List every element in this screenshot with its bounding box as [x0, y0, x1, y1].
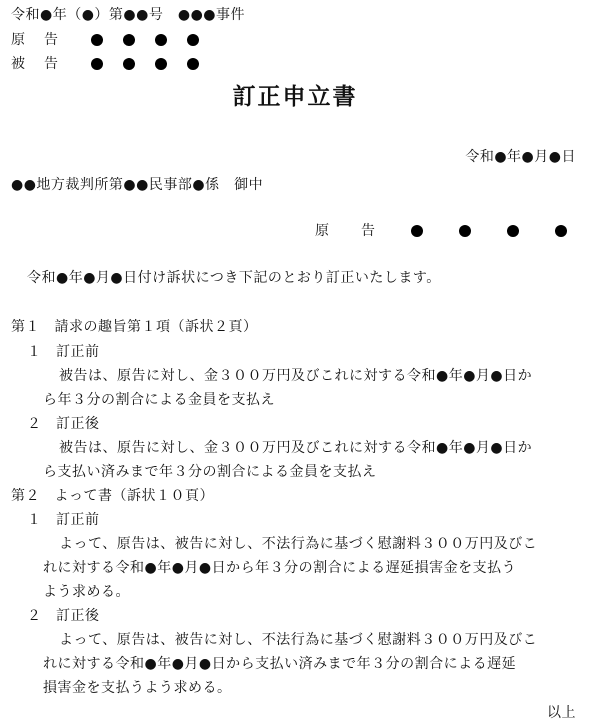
- intro-paragraph: 令和●年●月●日付け訴状につき下記のとおり訂正いたします。: [27, 271, 441, 285]
- redaction-dot: [123, 58, 135, 70]
- redaction-dot: [123, 34, 135, 46]
- item-text-line: ら年３分の割合による金員を支払え: [43, 393, 275, 407]
- item-text-line: ら支払い済みまで年３分の割合による金員を支払え: [43, 465, 377, 479]
- item-label-after: ２ 訂正後: [27, 609, 100, 623]
- item-text-line: よって、原告は、被告に対し、不法行為に基づく慰謝料３００万円及びこ: [59, 537, 537, 551]
- document-title: 訂正申立書: [0, 86, 590, 109]
- redaction-dot: [187, 34, 199, 46]
- signer-label-char-1: 原: [315, 224, 329, 238]
- item-text-line: 被告は、原告に対し、金３００万円及びこれに対する令和●年●月●日か: [59, 369, 532, 383]
- item-text-line: よう求める。: [43, 585, 130, 599]
- item-text-line: 損害金を支払うよう求める。: [43, 681, 232, 695]
- plaintiff-label-char-1: 原: [11, 33, 25, 47]
- redaction-dot: [555, 225, 567, 237]
- court-addressee: ●●地方裁判所第●●民事部●係 御中: [11, 178, 263, 192]
- redaction-dot: [155, 34, 167, 46]
- redaction-dot: [411, 225, 423, 237]
- signer-label-char-2: 告: [361, 224, 375, 238]
- plaintiff-label-char-2: 告: [44, 33, 58, 47]
- closing-mark: 以上: [547, 706, 576, 720]
- redaction-dot: [91, 34, 103, 46]
- item-text-line: れに対する令和●年●月●日から年３分の割合による遅延損害金を支払う: [43, 561, 516, 575]
- redaction-dot: [187, 58, 199, 70]
- section-heading-1: 第１ 請求の趣旨第１項（訴状２頁）: [11, 320, 258, 334]
- defendant-label-char-1: 被: [11, 57, 25, 71]
- redaction-dot: [459, 225, 471, 237]
- item-text-line: よって、原告は、被告に対し、不法行為に基づく慰謝料３００万円及びこ: [59, 633, 537, 647]
- item-label-before: １ 訂正前: [27, 345, 100, 359]
- defendant-label-char-2: 告: [44, 57, 58, 71]
- redaction-dot: [91, 58, 103, 70]
- redaction-dot: [507, 225, 519, 237]
- redaction-dot: [155, 58, 167, 70]
- case-number: 令和●年（●）第●●号 ●●●事件: [11, 8, 245, 22]
- filing-date: 令和●年●月●日: [465, 150, 576, 164]
- item-text-line: 被告は、原告に対し、金３００万円及びこれに対する令和●年●月●日か: [59, 441, 532, 455]
- item-label-after: ２ 訂正後: [27, 417, 100, 431]
- item-label-before: １ 訂正前: [27, 513, 100, 527]
- section-heading-2: 第２ よって書（訴状１０頁）: [11, 489, 214, 503]
- item-text-line: れに対する令和●年●月●日から支払い済みまで年３分の割合による遅延: [43, 657, 516, 671]
